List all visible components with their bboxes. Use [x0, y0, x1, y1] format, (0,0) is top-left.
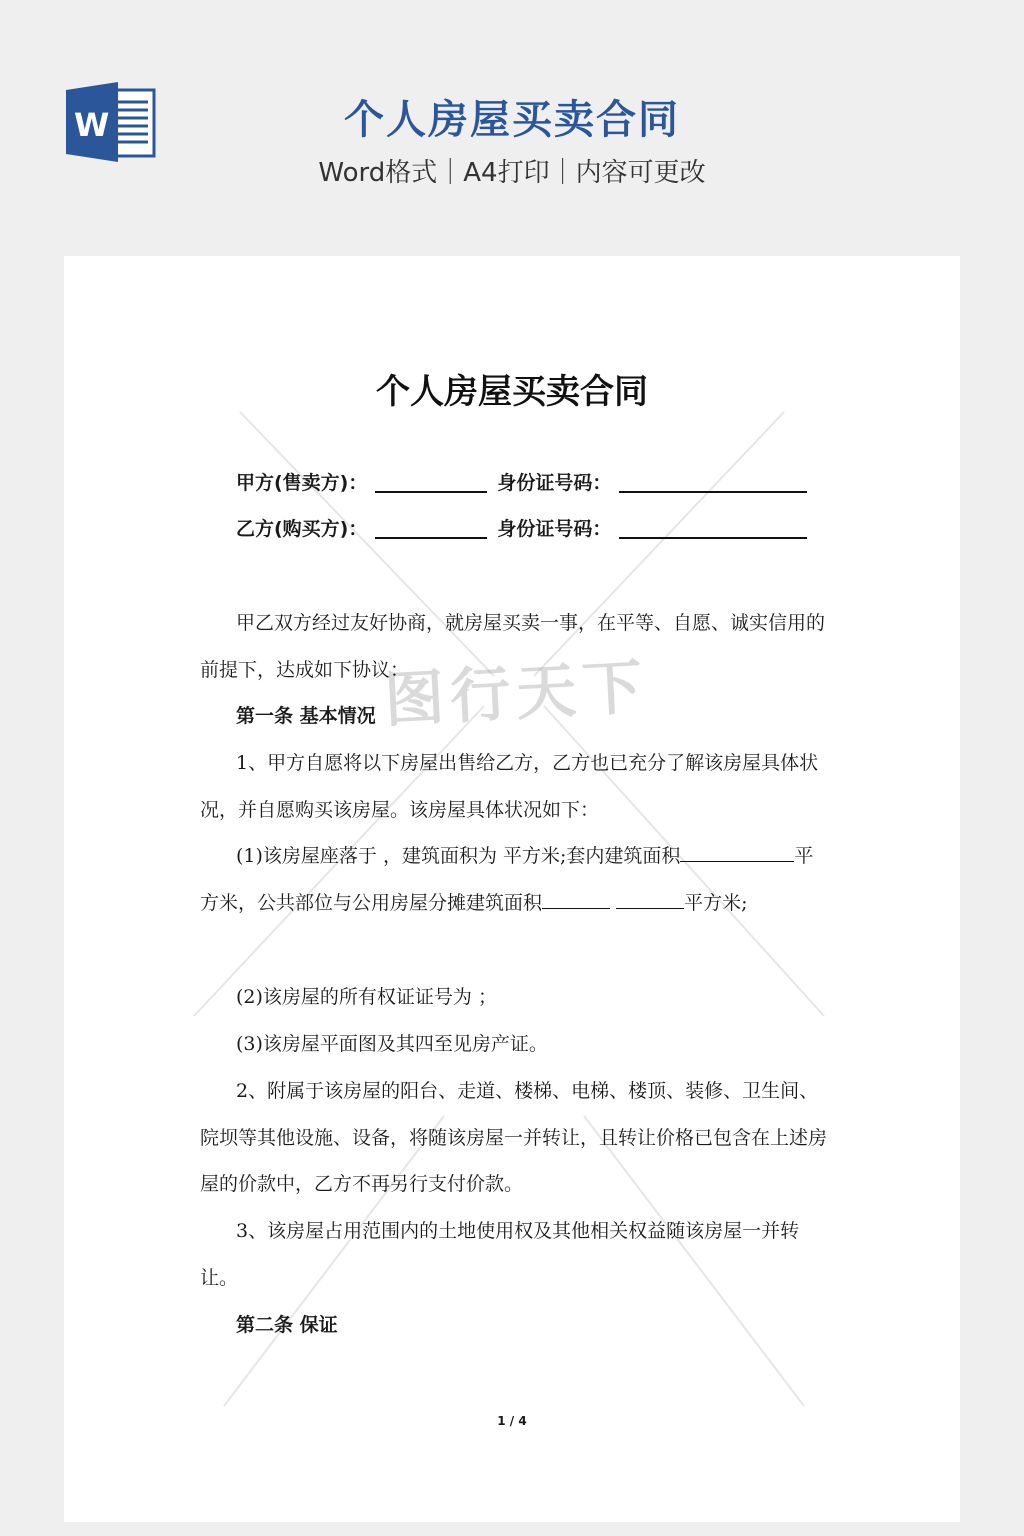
banner-subtitle: Word格式｜A4打印｜内容可更改: [0, 152, 1024, 189]
party-b-id-field[interactable]: [619, 515, 807, 539]
shared-area-field-cont: [616, 888, 684, 909]
party-a-row: 甲方(售卖方)： 身份证号码：: [236, 468, 817, 495]
item-2: (2)该房屋的所有权证证号为 ；: [200, 974, 832, 1021]
shared-area-field[interactable]: [542, 888, 610, 909]
item-1-text-a: (1)该房屋座落于 ，建筑面积为 平方米;套内建筑面积: [236, 845, 680, 867]
clause-3: 3、该房屋占用范围内的土地使用权及其他相关权益随该房屋一并转让。: [200, 1208, 832, 1301]
item-1-text-c: 平方米;: [684, 892, 747, 914]
party-a-id-label: 身份证号码：: [497, 468, 611, 495]
item-1: (1)该房屋座落于 ，建筑面积为 平方米;套内建筑面积平方米，公共部位与公用房屋…: [200, 833, 832, 926]
article-2-heading: 第二条 保证: [200, 1302, 832, 1349]
page-number: 1 / 4: [64, 1414, 960, 1428]
inner-area-field-cont: [760, 841, 794, 862]
inner-area-field[interactable]: [680, 841, 760, 862]
item-3: (3)该房屋平面图及其四至见房产证。: [200, 1021, 832, 1068]
party-a-name-field[interactable]: [375, 469, 487, 493]
document-title: 个人房屋买卖合同: [64, 364, 960, 413]
clause-1: 1、甲方自愿将以下房屋出售给乙方，乙方也已充分了解该房屋具体状况，并自愿购买该房…: [200, 740, 832, 833]
intro-paragraph: 甲乙双方经过友好协商，就房屋买卖一事，在平等、自愿、诚实信用的前提下，达成如下协…: [200, 600, 832, 693]
banner-title: 个人房屋买卖合同: [0, 88, 1024, 145]
party-a-label: 甲方(售卖方)：: [236, 468, 367, 495]
clause-2: 2、附属于该房屋的阳台、走道、楼梯、电梯、楼顶、装修、卫生间、院坝等其他设施、设…: [200, 1068, 832, 1208]
party-b-label: 乙方(购买方)：: [236, 514, 367, 541]
article-1-heading: 第一条 基本情况: [200, 693, 832, 740]
party-b-row: 乙方(购买方)： 身份证号码：: [236, 514, 817, 541]
party-b-id-label: 身份证号码：: [497, 514, 611, 541]
document-page: 图行天下 个人房屋买卖合同 甲方(售卖方)： 身份证号码： 乙方(购买方)： 身…: [64, 256, 960, 1522]
party-a-id-field[interactable]: [619, 469, 807, 493]
party-b-name-field[interactable]: [375, 515, 487, 539]
